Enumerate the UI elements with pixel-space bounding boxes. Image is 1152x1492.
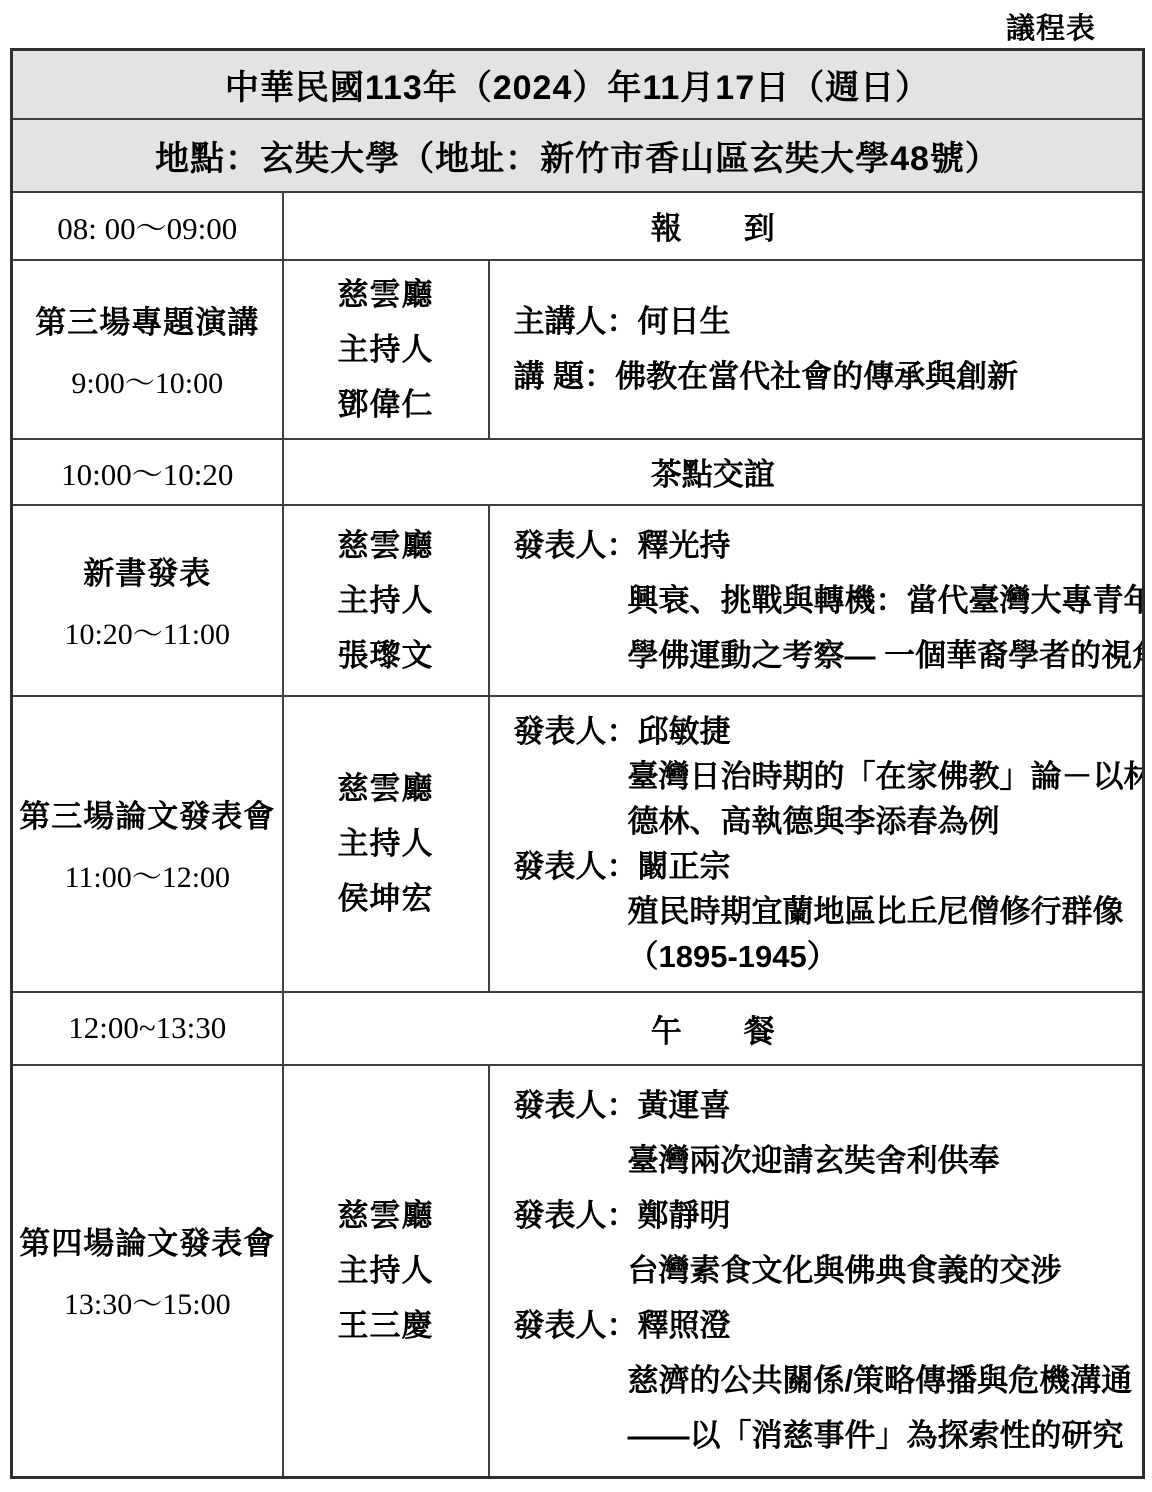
content-line: 發表人：釋光持 xyxy=(514,518,1135,573)
agenda-table: 中華民國113年（2024）年11月17日（週日） 地點：玄奘大學（地址：新竹市… xyxy=(10,48,1145,1479)
activity-cell: 茶點交誼 xyxy=(283,439,1144,505)
table-row: 第三場專題演講 9:00～10:00 慈雲廳 主持人 鄧偉仁 主講人：何日生 講… xyxy=(12,260,1144,439)
activity-cell: 午 餐 xyxy=(283,992,1144,1065)
content-line: （1895-1945） xyxy=(514,934,1135,979)
venue-name: 慈雲廳 xyxy=(284,761,488,816)
table-row: 中華民國113年（2024）年11月17日（週日） xyxy=(12,50,1144,119)
time-cell: 10:00～10:20 xyxy=(12,439,283,505)
content-line: 發表人：黃運喜 xyxy=(514,1078,1135,1133)
chair-name: 張瓈文 xyxy=(284,628,488,683)
content-line: 學佛運動之考察— 一個華裔學者的視角 xyxy=(514,628,1135,683)
content-line: 慈濟的公共關係/策略傳播與危機溝通 xyxy=(514,1353,1135,1408)
content-line: 發表人：闞正宗 xyxy=(514,844,1135,889)
session-time: 11:00～12:00 xyxy=(13,852,282,896)
content-line: 主講人：何日生 xyxy=(514,294,1135,349)
agenda-page: 議程表 中華民國113年（2024）年11月17日（週日） 地點：玄奘大學（地址… xyxy=(0,0,1152,1492)
session-title: 第三場專題演講 xyxy=(13,297,282,342)
venue-name: 慈雲廳 xyxy=(284,1188,488,1243)
time-cell: 08: 00～09:00 xyxy=(12,192,283,260)
content-cell: 發表人：釋光持 興衰、挑戰與轉機：當代臺灣大專青年 學佛運動之考察— 一個華裔學… xyxy=(489,505,1144,696)
chair-name: 鄧偉仁 xyxy=(284,377,488,432)
session-cell: 第三場專題演講 9:00～10:00 xyxy=(12,260,283,439)
venue-cell: 慈雲廳 主持人 鄧偉仁 xyxy=(283,260,489,439)
content-line: 興衰、挑戰與轉機：當代臺灣大專青年 xyxy=(514,573,1135,628)
content-line: 德林、高執德與李添春為例 xyxy=(514,799,1135,844)
content-cell: 發表人：邱敏捷 臺灣日治時期的「在家佛教」論－以林 德林、高執德與李添春為例 發… xyxy=(489,696,1144,992)
table-row: 第四場論文發表會 13:30～15:00 慈雲廳 主持人 王三慶 發表人：黃運喜… xyxy=(12,1065,1144,1478)
chair-role: 主持人 xyxy=(284,1243,488,1298)
venue-name: 慈雲廳 xyxy=(284,518,488,573)
table-row: 第三場論文發表會 11:00～12:00 慈雲廳 主持人 侯坤宏 發表人：邱敏捷… xyxy=(12,696,1144,992)
chair-name: 王三慶 xyxy=(284,1298,488,1353)
date-header-cell: 中華民國113年（2024）年11月17日（週日） xyxy=(12,50,1144,119)
session-cell: 新書發表 10:20～11:00 xyxy=(12,505,283,696)
table-row: 12:00~13:30 午 餐 xyxy=(12,992,1144,1065)
page-corner-label: 議程表 xyxy=(1006,6,1096,47)
chair-role: 主持人 xyxy=(284,322,488,377)
content-line: 台灣素食文化與佛典食義的交涉 xyxy=(514,1243,1135,1298)
content-line: 發表人：釋照澄 xyxy=(514,1298,1135,1353)
content-line: 發表人：邱敏捷 xyxy=(514,709,1135,754)
venue-cell: 慈雲廳 主持人 侯坤宏 xyxy=(283,696,489,992)
session-time: 9:00～10:00 xyxy=(13,358,282,402)
session-cell: 第四場論文發表會 13:30～15:00 xyxy=(12,1065,283,1478)
venue-cell: 慈雲廳 主持人 王三慶 xyxy=(283,1065,489,1478)
table-row: 08: 00～09:00 報 到 xyxy=(12,192,1144,260)
session-title: 新書發表 xyxy=(13,548,282,593)
content-line: ——以「消慈事件」為探索性的研究 xyxy=(514,1408,1135,1463)
session-title: 第四場論文發表會 xyxy=(13,1218,282,1263)
venue-cell: 慈雲廳 主持人 張瓈文 xyxy=(283,505,489,696)
table-row: 地點：玄奘大學（地址：新竹市香山區玄奘大學48號） xyxy=(12,119,1144,192)
content-cell: 主講人：何日生 講 題：佛教在當代社會的傳承與創新 xyxy=(489,260,1144,439)
session-cell: 第三場論文發表會 11:00～12:00 xyxy=(12,696,283,992)
table-row: 10:00～10:20 茶點交誼 xyxy=(12,439,1144,505)
location-header-cell: 地點：玄奘大學（地址：新竹市香山區玄奘大學48號） xyxy=(12,119,1144,192)
chair-role: 主持人 xyxy=(284,573,488,628)
table-row: 新書發表 10:20～11:00 慈雲廳 主持人 張瓈文 發表人：釋光持 興衰、… xyxy=(12,505,1144,696)
activity-cell: 報 到 xyxy=(283,192,1144,260)
content-line: 臺灣日治時期的「在家佛教」論－以林 xyxy=(514,754,1135,799)
content-cell: 發表人：黃運喜 臺灣兩次迎請玄奘舍利供奉 發表人：鄭靜明 台灣素食文化與佛典食義… xyxy=(489,1065,1144,1478)
time-cell: 12:00~13:30 xyxy=(12,992,283,1065)
content-line: 臺灣兩次迎請玄奘舍利供奉 xyxy=(514,1133,1135,1188)
session-time: 10:20～11:00 xyxy=(13,609,282,653)
chair-role: 主持人 xyxy=(284,816,488,871)
content-line: 發表人：鄭靜明 xyxy=(514,1188,1135,1243)
session-title: 第三場論文發表會 xyxy=(13,791,282,836)
venue-name: 慈雲廳 xyxy=(284,267,488,322)
session-time: 13:30～15:00 xyxy=(13,1279,282,1323)
chair-name: 侯坤宏 xyxy=(284,871,488,926)
content-line: 講 題：佛教在當代社會的傳承與創新 xyxy=(514,349,1135,404)
content-line: 殖民時期宜蘭地區比丘尼僧修行群像 xyxy=(514,889,1135,934)
